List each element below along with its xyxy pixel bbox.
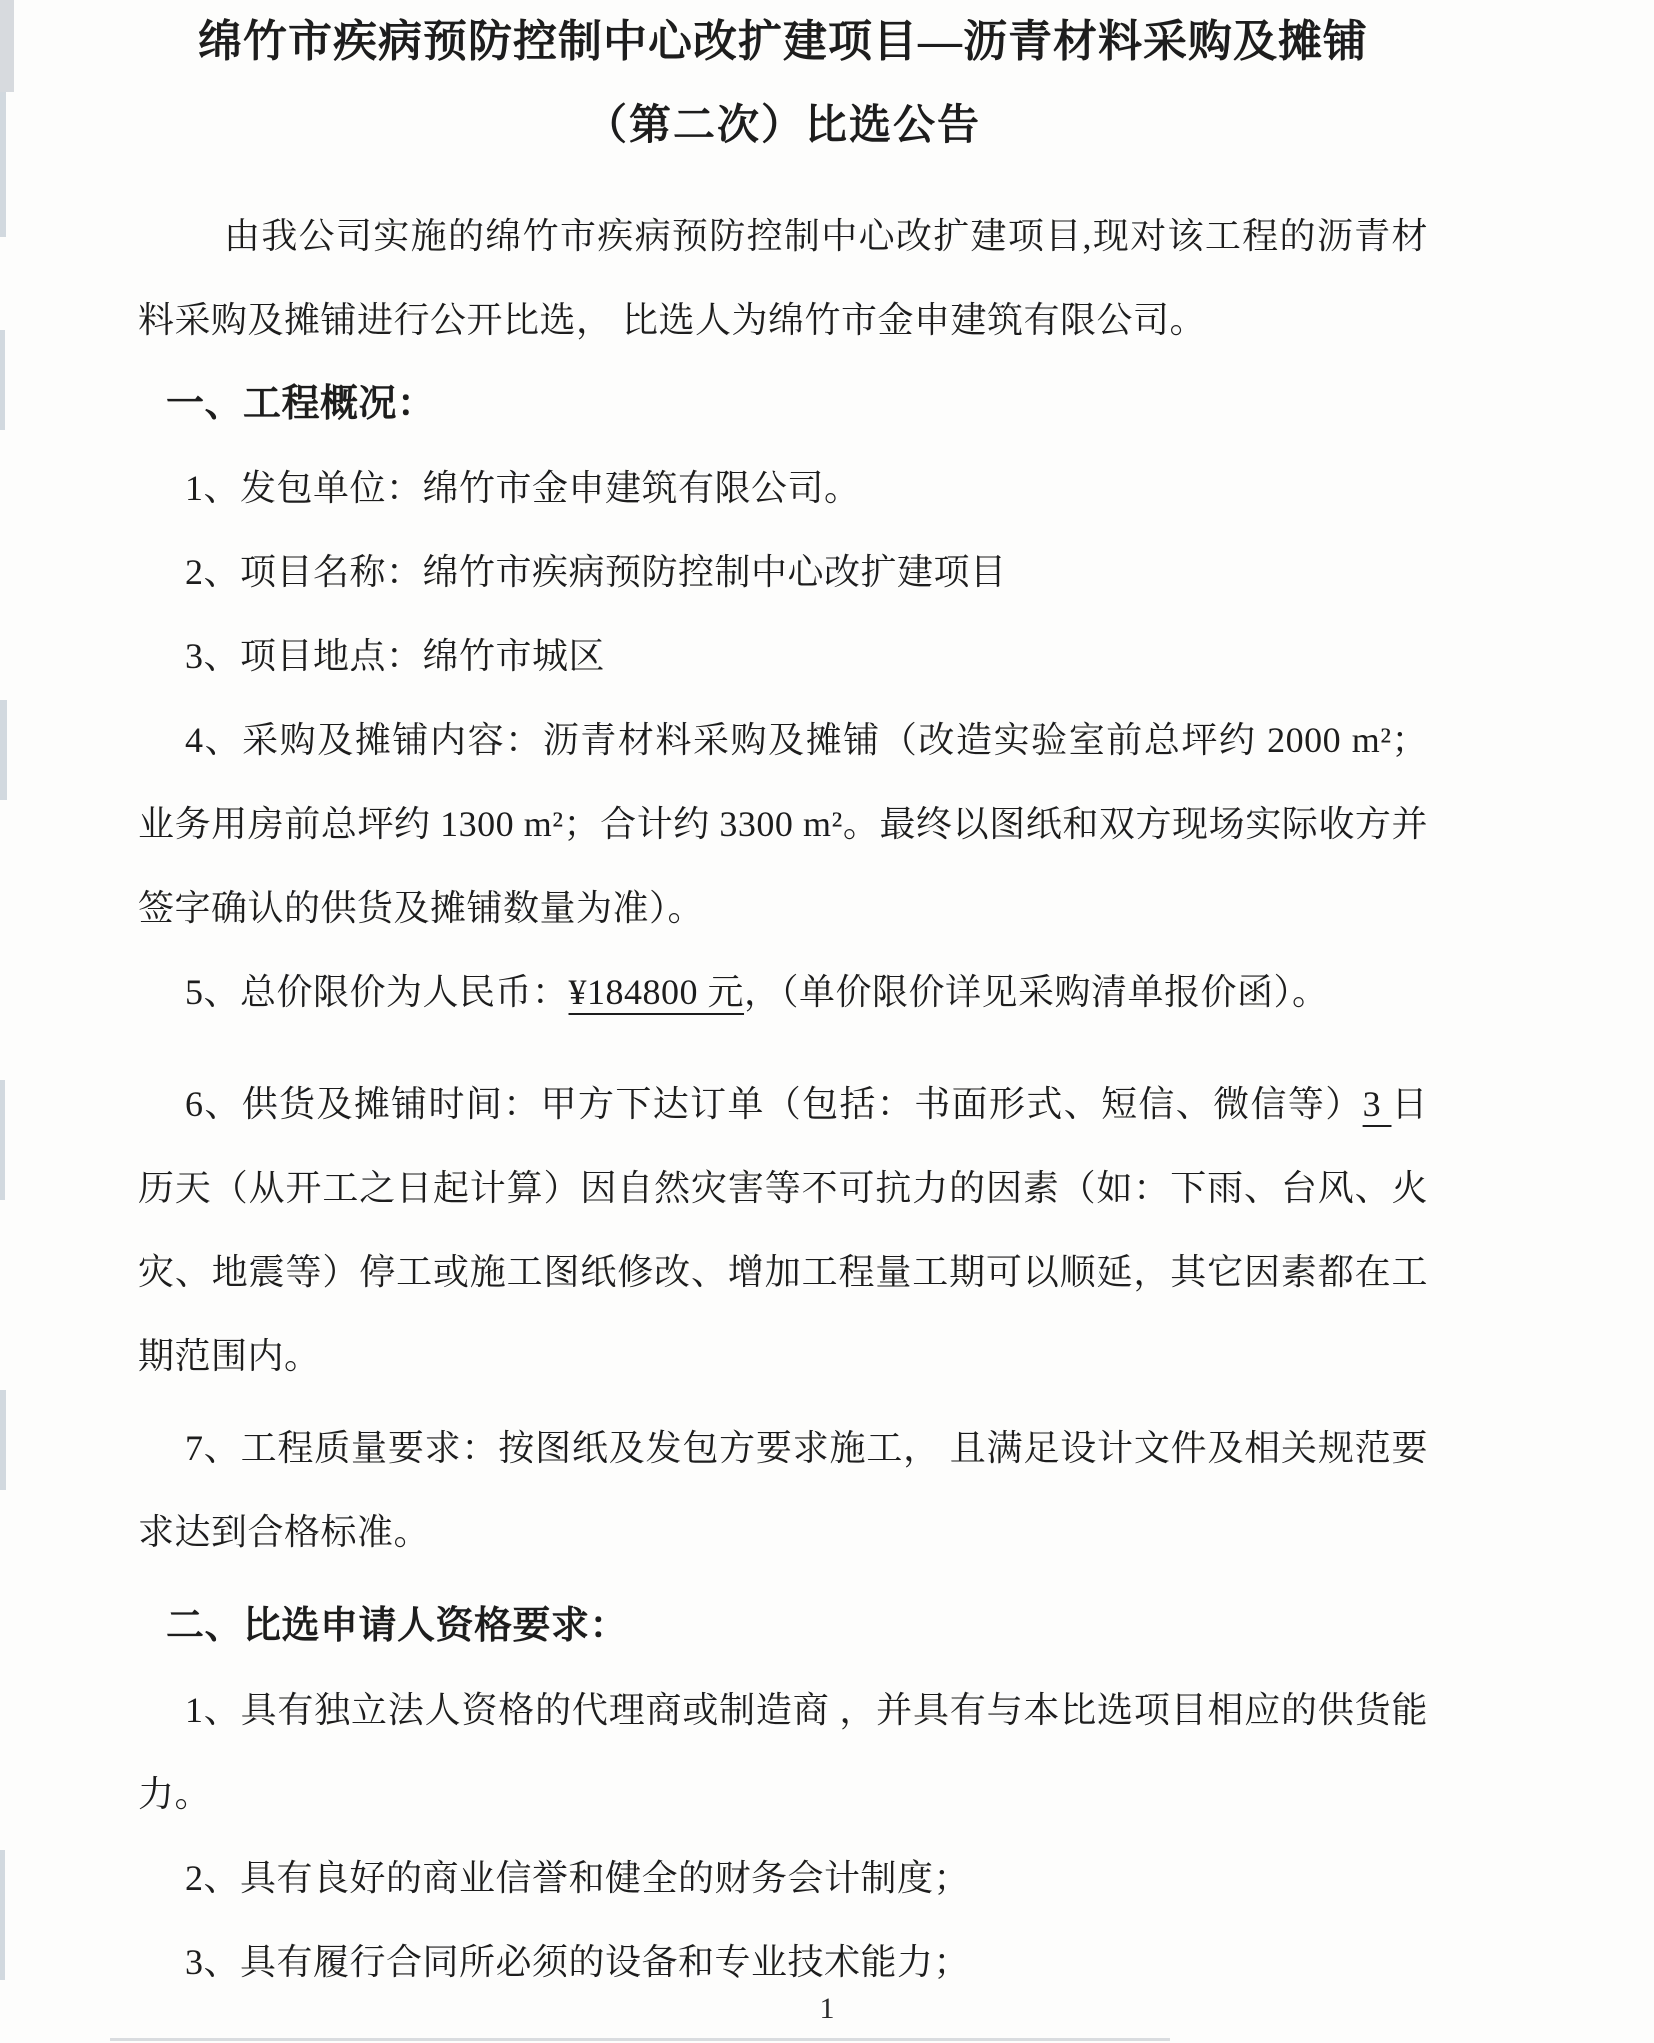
section1-item-7: 7、工程质量要求：按图纸及发包方要求施工， 且满足设计文件及相关规范要求达到合格… [138,1406,1428,1574]
scan-artifact [0,700,7,800]
scan-artifact [0,1080,5,1200]
section1-item-5: 5、总价限价为人民币：¥184800 元，（单价限价详见采购清单报价函）。 [138,950,1428,1034]
section1-item-6: 6、供货及摊铺时间：甲方下达订单（包括：书面形式、短信、微信等）3 日历天（从开… [138,1062,1428,1398]
scanned-document-page: 绵竹市疾病预防控制中心改扩建项目—沥青材料采购及摊铺 （第二次）比选公告 由我公… [0,0,1654,2043]
section2-heading: 二、比选申请人资格要求： [138,1584,1428,1668]
section2-item-2: 2、具有良好的商业信誉和健全的财务会计制度； [138,1836,1428,1920]
section1-heading: 一、工程概况： [138,362,1428,446]
scan-artifact [0,1850,5,1980]
section1-item-4: 4、采购及摊铺内容：沥青材料采购及摊铺（改造实验室前总坪约 2000 m²；业务… [138,698,1428,950]
item6-suffix: 日历天（从开工之日起计算）因自然灾害等不可抗力的因素（如：下雨、台风、火灾、地震… [138,1084,1428,1376]
intro-paragraph: 由我公司实施的绵竹市疾病预防控制中心改扩建项目,现对该工程的沥青材料采购及摊铺进… [138,194,1428,362]
section2-item-1: 1、具有独立法人资格的代理商或制造商 ，并具有与本比选项目相应的供货能力。 [138,1668,1428,1836]
section1-item-3: 3、项目地点：绵竹市城区 [138,614,1428,698]
scan-artifact [0,92,6,237]
document-body: 绵竹市疾病预防控制中心改扩建项目—沥青材料采购及摊铺 （第二次）比选公告 由我公… [138,0,1428,2004]
scan-artifact [0,330,5,430]
item5-suffix: ，（单价限价详见采购清单报价函）。 [744,972,1329,1012]
scan-artifact [0,1390,6,1490]
delivery-days-value: 3 [1363,1084,1392,1124]
document-title: 绵竹市疾病预防控制中心改扩建项目—沥青材料采购及摊铺 [138,0,1428,84]
document-subtitle: （第二次）比选公告 [138,84,1428,168]
page-number: 1 [0,1992,1654,2026]
item6-prefix: 6、供货及摊铺时间：甲方下达订单（包括：书面形式、短信、微信等） [185,1084,1363,1124]
scan-artifact [110,2038,1170,2041]
section1-item-2: 2、项目名称：绵竹市疾病预防控制中心改扩建项目 [138,530,1428,614]
scan-artifact [0,0,14,92]
item5-prefix: 5、总价限价为人民币： [185,972,569,1012]
section1-item-1: 1、发包单位：绵竹市金申建筑有限公司。 [138,446,1428,530]
price-limit-value: ¥184800 元 [569,972,745,1012]
